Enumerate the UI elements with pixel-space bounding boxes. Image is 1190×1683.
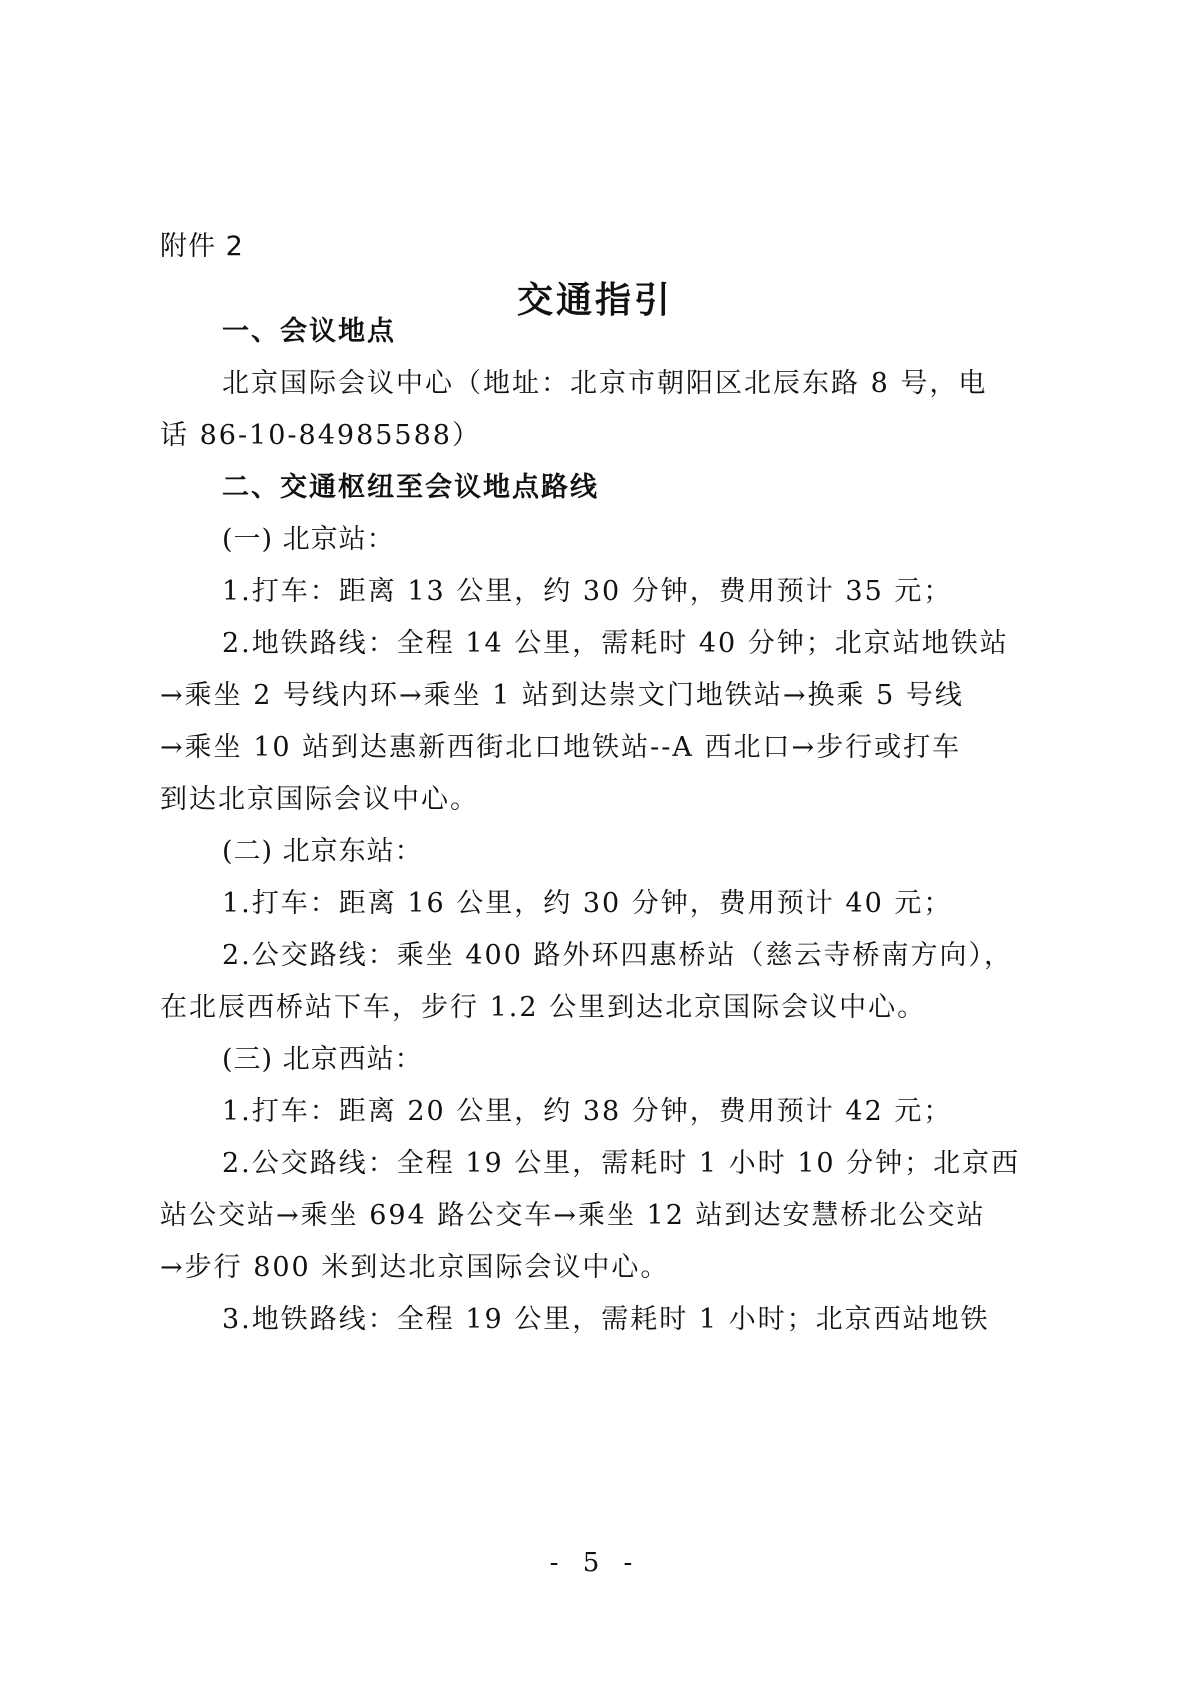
route-line: 2.地铁路线：全程 14 公里，需耗时 40 分钟；北京站地铁站 [222, 624, 1102, 664]
route-line: 站公交站→乘坐 694 路公交车→乘坐 12 站到达安慧桥北公交站 [160, 1196, 1040, 1236]
section-heading-venue: 一、会议地点 [222, 312, 1102, 352]
route-line: 在北辰西桥站下车，步行 1.2 公里到达北京国际会议中心。 [160, 988, 1040, 1028]
route-line: 到达北京国际会议中心。 [160, 780, 1040, 820]
attachment-label: 附件 2 [160, 224, 244, 263]
route-line: →步行 800 米到达北京国际会议中心。 [160, 1248, 1040, 1288]
route-line: 2.公交路线：全程 19 公里，需耗时 1 小时 10 分钟；北京西 [222, 1144, 1102, 1184]
route-line: 3.地铁路线：全程 19 公里，需耗时 1 小时；北京西站地铁 [222, 1300, 1102, 1340]
venue-address-line-2: 话 86-10-84985588） [160, 416, 1040, 456]
station-heading-beijing-east: (二) 北京东站： [222, 832, 1102, 872]
section-heading-routes: 二、交通枢纽至会议地点路线 [222, 468, 1102, 508]
route-line: →乘坐 2 号线内环→乘坐 1 站到达崇文门地铁站→换乘 5 号线 [160, 676, 1040, 716]
station-heading-beijing: (一) 北京站： [222, 520, 1102, 560]
document-page: 附件 2 交通指引 一、会议地点 北京国际会议中心（地址：北京市朝阳区北辰东路 … [0, 0, 1190, 1683]
station-heading-beijing-west: (三) 北京西站： [222, 1040, 1102, 1080]
route-line: 1.打车：距离 20 公里，约 38 分钟，费用预计 42 元； [222, 1092, 1102, 1132]
page-number: - 5 - [0, 1548, 1190, 1578]
route-line: 1.打车：距离 13 公里，约 30 分钟，费用预计 35 元； [222, 572, 1102, 612]
route-line: 1.打车：距离 16 公里，约 30 分钟，费用预计 40 元； [222, 884, 1102, 924]
route-line: →乘坐 10 站到达惠新西街北口地铁站--A 西北口→步行或打车 [160, 728, 1040, 768]
venue-address-line-1: 北京国际会议中心（地址：北京市朝阳区北辰东路 8 号，电 [222, 364, 1102, 404]
route-line: 2.公交路线：乘坐 400 路外环四惠桥站（慈云寺桥南方向）， [222, 936, 1102, 976]
